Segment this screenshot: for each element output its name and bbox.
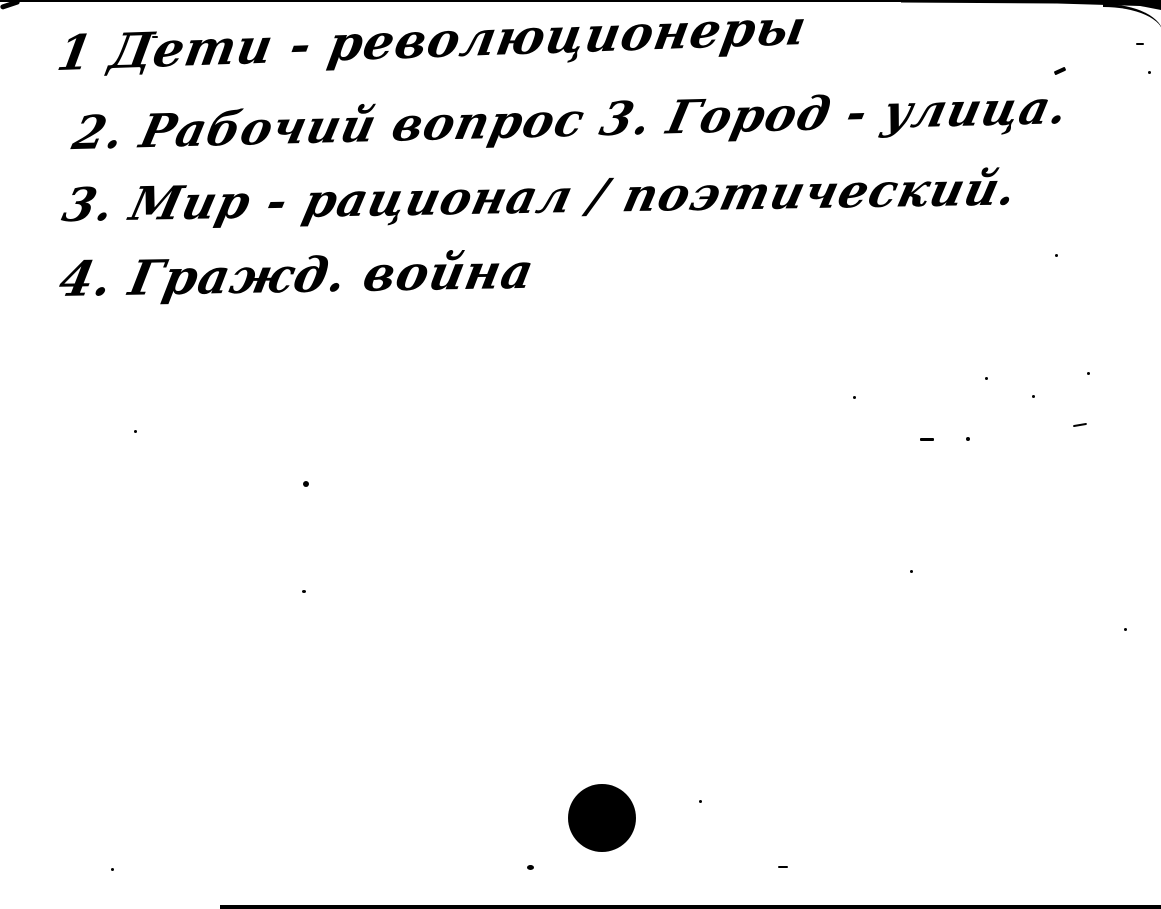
- scan-speck: [1032, 395, 1035, 398]
- scan-speck: [966, 437, 970, 441]
- scan-speck: [1087, 372, 1090, 375]
- scan-dash: [1054, 67, 1067, 76]
- document-card: 1 Дети - революционеры 2. Рабочий вопрос…: [0, 0, 1161, 909]
- scan-dash: [152, 36, 158, 38]
- scan-speck: [1124, 628, 1127, 631]
- scan-speck: [853, 396, 856, 399]
- scan-dash: [778, 866, 788, 868]
- scan-dash: [1136, 43, 1144, 45]
- scan-speck: [985, 377, 988, 380]
- scan-dash: [920, 438, 934, 441]
- handwritten-line-1: 1 Дети - революционеры: [53, 0, 811, 82]
- scan-dash: [1073, 423, 1087, 427]
- card-corner-curl: [1103, 4, 1161, 37]
- scan-speck: [699, 800, 702, 803]
- scan-speck: [1055, 254, 1058, 257]
- scan-speck: [527, 865, 534, 870]
- scan-speck: [303, 481, 309, 487]
- scan-speck: [134, 430, 137, 433]
- scan-speck: [1148, 71, 1151, 74]
- hole-punch-icon: [568, 784, 636, 852]
- handwritten-line-2: 2. Рабочий вопрос 3. Город - улица.: [68, 80, 1074, 160]
- card-bottom-edge: [220, 905, 1161, 909]
- scan-speck: [111, 868, 114, 871]
- handwritten-line-3: 3. Мир - рационал / поэтический.: [58, 161, 1023, 232]
- handwritten-line-4: 4. Гражд. война: [55, 244, 539, 308]
- scan-speck: [910, 570, 913, 573]
- scan-speck: [302, 590, 306, 593]
